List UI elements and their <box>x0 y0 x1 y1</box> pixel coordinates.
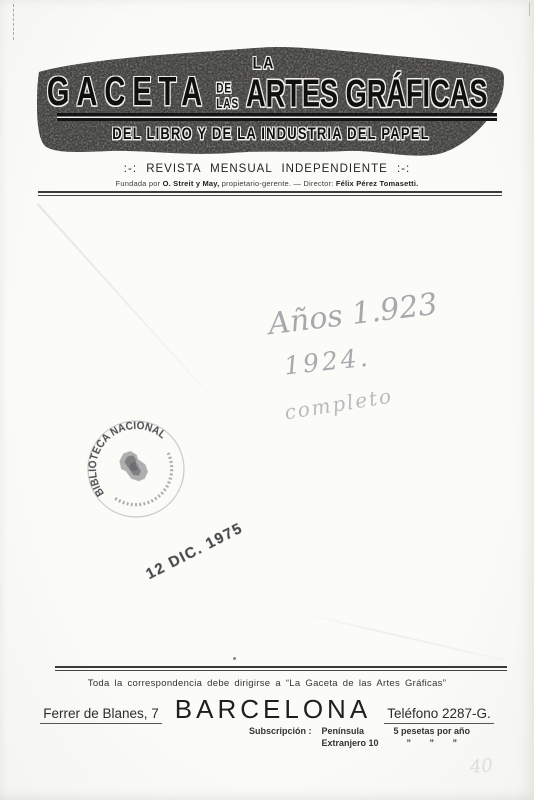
masthead-de: DE <box>216 83 232 98</box>
subscription-region: Península <box>322 726 394 737</box>
tagline: :-: REVISTA MENSUAL INDEPENDIENTE :-: <box>0 163 534 175</box>
city-name: BARCELONA <box>175 694 371 725</box>
masthead-subtitle: DEL LIBRO Y DE LA INDUSTRIA DEL PAPEL <box>36 124 506 143</box>
separator-rule-top <box>38 191 502 196</box>
phone-number: Teléfono 2287-G. <box>384 706 494 724</box>
masthead-double-rule <box>57 113 497 121</box>
correspondence-note: Toda la correspondencia debe dirigirse a… <box>0 678 534 689</box>
subscription-region: Extranjero 10 <box>322 738 394 749</box>
founder-name: O. Streit y May, <box>163 179 220 188</box>
scan-edge-mark-right <box>529 2 530 16</box>
masthead-word-artes-graficas: ARTES GRÁFICAS <box>246 74 487 113</box>
subscription-price: 5 pesetas por año <box>394 726 471 737</box>
subscription-ditto-marks: ” ” ” <box>394 738 459 749</box>
pencil-annotation-year-1923: Años 1.923 <box>267 287 440 342</box>
director-name: Félix Pérez Tomasetti. <box>336 179 419 188</box>
founder-middle: propietario-gerente. — Director: <box>219 179 335 188</box>
pencil-annotation-year-1924: 1924. <box>283 343 372 381</box>
subscription-label: Subscripción : <box>249 726 312 749</box>
founder-line: Fundada por O. Streit y May, propietario… <box>0 179 534 188</box>
masthead-word-gaceta: GACETA <box>47 73 209 114</box>
masthead-title: GACETA DE LAS ARTES GRÁFICAS <box>36 73 506 114</box>
paper-crease <box>300 612 505 661</box>
subscription-row-extranjero: Extranjero 10 ” ” ” <box>322 738 471 749</box>
library-stamp: BIBLIOTECA NACIONAL <box>83 416 189 522</box>
date-stamp: 12 DIC. 1975 <box>143 520 246 583</box>
masthead-banner: LA GACETA DE LAS ARTES GRÁFICAS DEL LIBR… <box>36 46 506 158</box>
pencil-corner-mark: 40 <box>469 755 494 778</box>
paper-crease <box>37 203 236 423</box>
scanned-magazine-cover: LA GACETA DE LAS ARTES GRÁFICAS DEL LIBR… <box>0 0 534 800</box>
address-row: Ferrer de Blanes, 7 BARCELONA Teléfono 2… <box>0 694 534 725</box>
stamp-coat-of-arms <box>114 447 152 486</box>
ink-speck <box>233 657 236 660</box>
founder-prefix: Fundada por <box>116 179 163 188</box>
masthead-las: LAS <box>216 98 239 113</box>
masthead-de-las-stack: DE LAS <box>216 83 239 112</box>
subscription-block: Subscripción : Península 5 pesetas por a… <box>249 726 470 749</box>
subscription-rows: Península 5 pesetas por año Extranjero 1… <box>322 726 471 749</box>
subscription-row-peninsula: Península 5 pesetas por año <box>322 726 471 737</box>
pencil-annotation-completo: completo <box>283 384 395 425</box>
street-address: Ferrer de Blanes, 7 <box>40 706 162 724</box>
scan-edge-mark-left <box>13 4 14 40</box>
separator-rule-bottom <box>55 666 507 671</box>
